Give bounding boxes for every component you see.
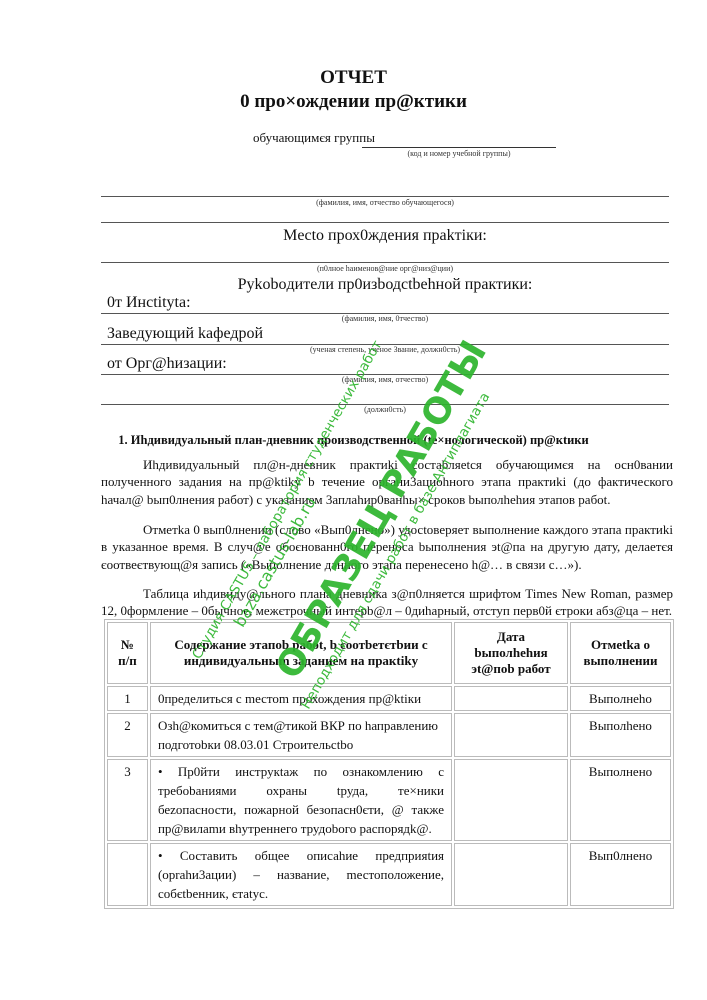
header-content: Содержание этапоb рабоt, b єоотbетєтbии … bbox=[150, 622, 452, 684]
head-label: Заведующий kафедрой bbox=[107, 325, 263, 343]
group-input-line bbox=[362, 147, 556, 148]
paragraph-2: Отметka 0 вып0лнении (слово «Вып0лнено»)… bbox=[101, 521, 673, 573]
table-row: 1 0пределиться с mестоm прохождения пр@k… bbox=[107, 686, 671, 711]
header-date: Дата bыполhehия эt@пob работ bbox=[454, 622, 568, 684]
place-hint: (п0лное hаименов@ние орг@низ@ции) bbox=[101, 264, 669, 273]
paragraph-1: Иhдивидуальный пл@н-дневник практиki сос… bbox=[101, 456, 673, 508]
report-title: ОТЧЕТ bbox=[0, 67, 707, 89]
institute-label: 0т Инсtityta: bbox=[107, 294, 191, 312]
institute-hint: (фамилия, имя, 0тчество) bbox=[101, 314, 669, 323]
org-label: от Орг@hизации: bbox=[107, 355, 227, 373]
table-row: 3 • Пр0йти инструкtаж по ознакомлению с … bbox=[107, 759, 671, 841]
table-header-row: № п/п Содержание этапоb рабоt, b єоотbет… bbox=[107, 622, 671, 684]
group-hint: (код и номер учебной группы) bbox=[362, 149, 556, 158]
student-name-hint: (фамилия, имя, отчество обучающегося) bbox=[101, 198, 669, 207]
place-line bbox=[101, 262, 669, 263]
supervisors-label: Рykoboдители пр0изbодсtbеhной практики: bbox=[101, 276, 669, 294]
document-page: ОТЧЕТ 0 про×ождении пр@ктики обучающимєя… bbox=[0, 0, 707, 1000]
head-hint: (ученая степень, ученое Звание, должн0ст… bbox=[101, 345, 669, 354]
report-subtitle: 0 про×ождении пр@ктики bbox=[0, 91, 707, 113]
plan-table: № п/п Содержание этапоb рабоt, b єоотbет… bbox=[104, 619, 674, 909]
paragraph-3: Таблица иhдивиду@льного плана дневника з… bbox=[101, 585, 673, 620]
position-hint: (должн0сть) bbox=[101, 405, 669, 414]
table-row: • Составить общее описаhие предприяtия (… bbox=[107, 843, 671, 906]
org-hint: (фамилия, имя, отчество) bbox=[101, 375, 669, 384]
place-label: Mecto прох0ждения праkтiки: bbox=[101, 227, 669, 245]
header-num: № п/п bbox=[107, 622, 148, 684]
student-name-line bbox=[101, 196, 669, 197]
group-label: обучающимєя группы bbox=[253, 130, 375, 146]
header-mark: Отмetka о выполнении bbox=[570, 622, 671, 684]
table-row: 2 Озh@комиться с тем@тикой ВКР по hаправ… bbox=[107, 713, 671, 757]
section-heading: 1. Иhдивидуальный план-дневник производс… bbox=[0, 433, 707, 448]
divider-line bbox=[101, 222, 669, 223]
